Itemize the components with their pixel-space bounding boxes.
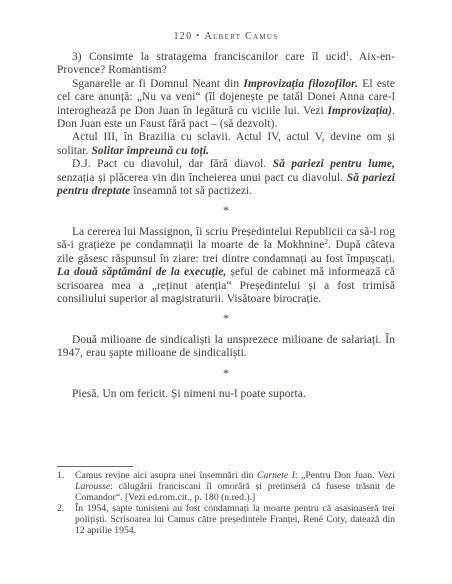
header-author: Albert Camus [205,31,279,42]
body-paragraph: Piesă. Un om fericit. Și nimeni nu-l poa… [57,388,395,401]
text-run: Două milioane de sindicaliști la unsprez… [57,334,395,359]
text-run: Piesă. Un om fericit. Și nimeni nu-l poa… [72,388,306,400]
section-separator-star: * [57,367,395,380]
text-run: : „Pentru Don Juan. Vezi [295,470,395,481]
text-run-emphasis: Să pariezi pentru lume, [273,158,395,170]
text-run: În 1954, șapte tunisieni au fost condamn… [75,503,395,536]
text-run: senzația și plăcerea vin din încheierea … [57,172,347,184]
text-run-emphasis: Larousse [75,481,110,492]
text-run: Sganarelle ar fi Domnul Neant din [72,78,243,90]
footnotes-section: 1.Camus revine aici asupra unei însemnăr… [57,466,395,536]
body-paragraph: Sganarelle ar fi Domnul Neant din Improv… [57,78,395,132]
page-number: 120 [174,31,193,42]
footnote-separator-rule [57,466,133,467]
section-separator-star: * [57,204,395,217]
footnote-list: 1.Camus revine aici asupra unei însemnăr… [57,471,395,536]
text-run: D.J. Pact cu diavolul, dar fără diavol. [72,158,273,170]
footnote-text: În 1954, șapte tunisieni au fost condamn… [75,504,395,537]
body-paragraph: Două milioane de sindicaliști la unsprez… [57,334,395,361]
text-run-emphasis: La două săptămâni de la execuție, [57,266,226,278]
text-run-emphasis: Solitar împreună cu toți. [91,145,209,157]
footnote-number: 1. [57,471,75,504]
book-page: 120•Albert Camus 3) Consimte la stratage… [0,0,452,584]
footnote-item: 2.În 1954, șapte tunisieni au fost conda… [57,504,395,537]
header-bullet-icon: • [196,31,200,40]
text-run: 3) Consimte la stratagema franciscanilor… [72,51,346,63]
body-paragraph: D.J. Pact cu diavolul, dar fără diavol. … [57,158,395,198]
text-run: înseamnă tot să pactizezi. [130,185,252,197]
text-run-emphasis: Improvizația) [327,105,392,117]
text-run-emphasis: Improvizația filozofilor. [243,78,358,90]
body-paragraph: 3) Consimte la stratagema franciscanilor… [57,51,395,78]
text-run: : călugării franciscani îl omorâră și pr… [75,481,395,503]
footnote-text: Camus revine aici asupra unei însemnări … [75,471,395,504]
body-paragraph: Actul III, în Brazilia cu sclavii. Actul… [57,131,395,158]
body-text: 3) Consimte la stratagema franciscanilor… [57,51,395,401]
section-separator-star: * [57,312,395,325]
text-run-emphasis: Carnete I [257,470,295,481]
page-header: 120•Albert Camus [0,31,452,42]
footnote-item: 1.Camus revine aici asupra unei însemnăr… [57,471,395,504]
footnote-number: 2. [57,504,75,537]
text-run: Camus revine aici asupra unei însemnări … [75,470,257,481]
body-paragraph: La cererea lui Massignon, îi scriu Preșe… [57,226,395,306]
